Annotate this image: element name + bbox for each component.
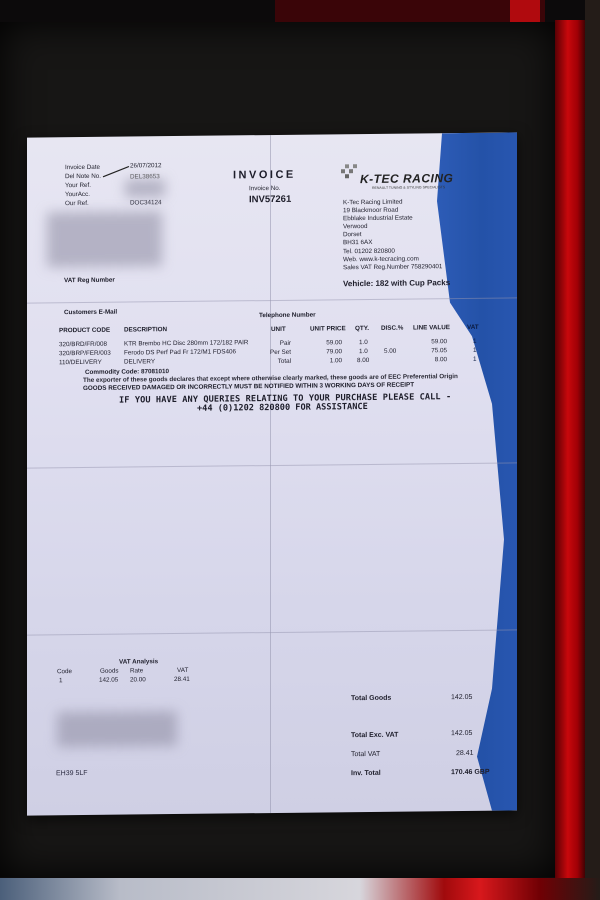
fold-line: [27, 297, 517, 303]
telephone-label: Telephone Number: [259, 312, 316, 320]
company-vat-reg: Sales VAT Reg.Number 758290401: [343, 263, 442, 271]
company-address-line: Verwood: [343, 223, 368, 230]
company-web: Web. www.k-tecracing.com: [343, 255, 419, 263]
vat-header: VAT: [177, 667, 188, 674]
invoice-total: 170.46 GBP: [451, 769, 490, 776]
cell-desc: KTR Brembo HC Disc 280mm 172/182 PAIR: [124, 339, 248, 347]
background-red-highlight: [510, 0, 540, 22]
redacted: [125, 179, 165, 197]
logo-text: K-TEC RACING: [360, 171, 453, 186]
vat-cell: 28.41: [174, 676, 190, 683]
invoice-title: INVOICE: [233, 169, 296, 182]
vat-header: Code: [57, 668, 72, 675]
cell-unit: Total: [261, 358, 291, 365]
cell-qty: 1.0: [359, 348, 368, 355]
background-red-car-side: [555, 20, 587, 880]
redacted-delivery-address: [57, 711, 177, 747]
total-label: Total Exc. VAT: [351, 732, 398, 739]
col-header: DESCRIPTION: [124, 326, 167, 333]
cell-value: 75.05: [417, 347, 447, 354]
commodity-code: Commodity Code: 87081010: [85, 368, 169, 376]
background-far-right: [585, 0, 600, 900]
company-address-line: 19 Blackmoor Road: [343, 207, 398, 215]
cell-code: 110/DELIVERY: [59, 359, 102, 366]
cell-code: 320/BRP/FER/003: [59, 350, 111, 358]
company-tel: Tel. 01202 820800: [343, 248, 395, 256]
cell-price: 59.00: [312, 339, 342, 346]
col-header: UNIT PRICE: [310, 325, 346, 332]
vat-header: Rate: [130, 667, 143, 674]
meta-label: Your Ref.: [65, 182, 91, 189]
fold-line: [27, 462, 517, 468]
meta-value: DOC34124: [130, 199, 162, 206]
meta-label: Del Note No.: [65, 173, 101, 180]
fold-line-vertical: [270, 135, 271, 813]
meta-label: YourAcc.: [65, 191, 90, 198]
vehicle: Vehicle: 182 with Cup Packs: [343, 278, 450, 288]
cell-qty: 8.00: [357, 357, 369, 364]
background-red-car-top: [275, 0, 545, 22]
queries-note-line2: +44 (0)1202 820800 FOR ASSISTANCE: [197, 402, 368, 414]
cell-value: 59.00: [417, 338, 447, 345]
invoice-number: INV57261: [249, 194, 291, 205]
cell-price: 1.00: [312, 357, 342, 364]
vat-analysis-title: VAT Analysis: [119, 658, 158, 665]
total-label: Inv. Total: [351, 770, 381, 777]
cell-unit: Per Set: [261, 349, 291, 356]
cell-desc: DELIVERY: [124, 358, 155, 365]
total-value: 142.05: [451, 730, 472, 737]
invoice-paper: Invoice Date 26/07/2012 Del Note No. DEL…: [27, 132, 517, 815]
col-header: DISC.%: [381, 325, 403, 332]
col-header: LINE VALUE: [413, 324, 450, 331]
vat-reg-label: VAT Reg Number: [64, 277, 115, 285]
cell-price: 79.00: [312, 348, 342, 355]
cell-vat: 1: [473, 356, 477, 363]
customers-email-label: Customers E-Mail: [64, 309, 117, 317]
pen-mark-icon: [101, 164, 131, 178]
meta-label: Invoice Date: [65, 164, 100, 171]
cell-unit: Pair: [265, 340, 291, 347]
cell-desc: Ferodo DS Perf Pad Fr 172/M1 FDS406: [124, 348, 236, 356]
background-floor: [0, 878, 600, 900]
company-address-line: Dorset: [343, 231, 362, 238]
cell-disc: 5.00: [384, 348, 396, 355]
meta-value: 26/07/2012: [130, 162, 162, 169]
invoice-no-label: Invoice No.: [249, 185, 281, 192]
checker-flag-icon: [339, 164, 361, 180]
redacted-customer-address: [47, 211, 162, 267]
total-label: Total VAT: [351, 751, 380, 758]
vat-cell: 142.05: [99, 677, 118, 684]
cell-vat: 1: [473, 338, 477, 345]
cell-vat: 1: [473, 347, 477, 354]
col-header: QTY.: [355, 325, 369, 332]
vat-cell: 20.00: [130, 676, 146, 683]
cell-code: 320/BRD/FR/008: [59, 341, 107, 349]
col-header: UNIT: [271, 326, 286, 333]
vat-header: Goods: [100, 668, 119, 675]
col-header: VAT: [467, 324, 479, 331]
company-address-line: K-Tec Racing Limited: [343, 199, 403, 207]
fold-line: [27, 629, 517, 635]
company-address-line: Ebblake Industrial Estate: [343, 215, 413, 223]
company-address-line: BH31 6AX: [343, 239, 372, 246]
logo-tagline: RENAULT TUNING & STYLING SPECIALISTS: [372, 185, 445, 190]
total-value: 28.41: [456, 750, 474, 757]
vat-cell: 1: [59, 677, 63, 684]
blue-shadow: [432, 132, 517, 811]
total-value: 142.05: [451, 694, 472, 701]
postcode: EH39 5LF: [56, 770, 88, 777]
cell-value: 8.00: [417, 356, 447, 363]
meta-label: Our Ref.: [65, 200, 89, 207]
col-header: PRODUCT CODE: [59, 327, 110, 335]
total-label: Total Goods: [351, 695, 391, 702]
cell-qty: 1.0: [359, 339, 368, 346]
